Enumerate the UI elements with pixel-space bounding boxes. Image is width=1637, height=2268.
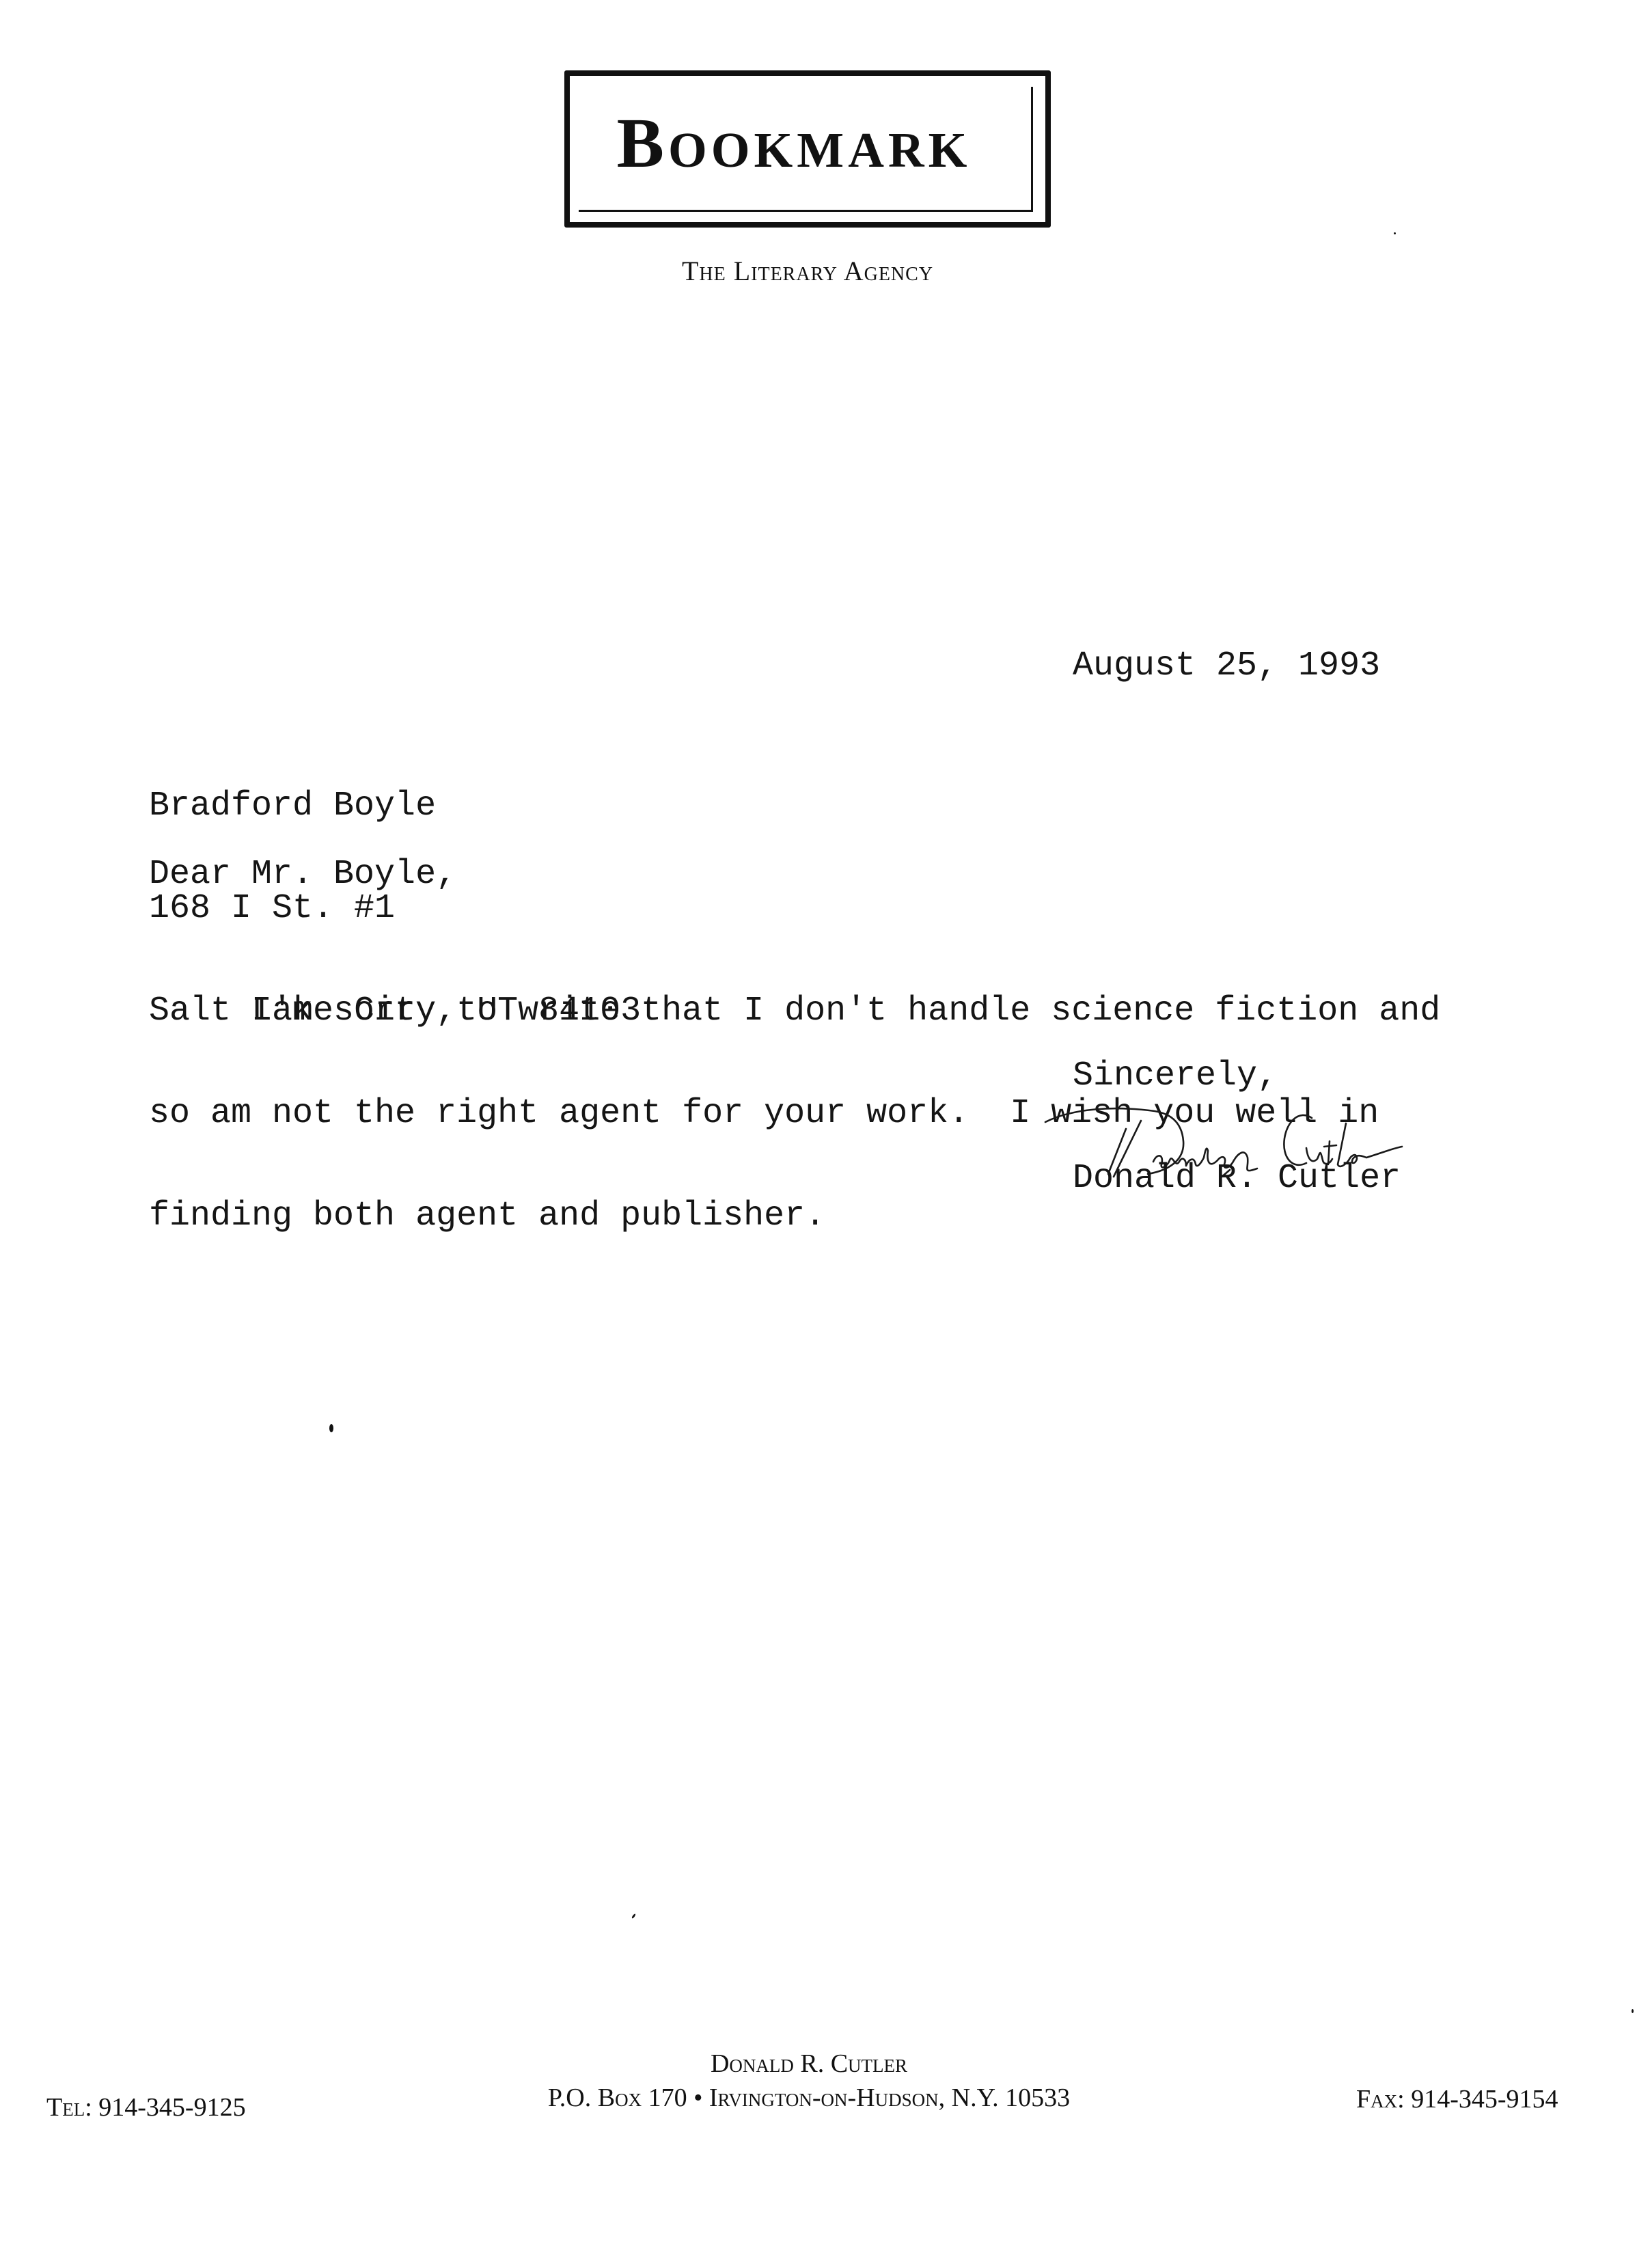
footer-address: P.O. Box 170 • Irvington-on-Hudson, N.Y.… [437, 2083, 1181, 2113]
logo-frame-inner-line [579, 210, 1033, 212]
footer-fax: Fax: 914-345-9154 [1356, 2084, 1558, 2114]
recipient-name: Bradford Boyle [149, 789, 641, 823]
closing: Sincerely, [1073, 1059, 1278, 1093]
letter-date: August 25, 1993 [1073, 649, 1380, 683]
signer-name: Donald R. Cutler [1073, 1162, 1401, 1196]
scan-speck [329, 1424, 333, 1432]
letter-page: Bookmark The Literary Agency August 25, … [0, 0, 1637, 2268]
scan-speck [1394, 232, 1396, 234]
scan-speck [631, 1913, 636, 1919]
body-line: I'm sorry to write that I don't handle s… [149, 994, 1440, 1028]
recipient-street: 168 I St. #1 [149, 892, 641, 926]
salutation: Dear Mr. Boyle, [149, 858, 456, 892]
agency-logo: Bookmark [564, 103, 1051, 185]
footer-name: Donald R. Cutler [478, 2049, 1140, 2079]
agency-tagline: The Literary Agency [564, 254, 1051, 288]
scan-speck [1632, 2009, 1634, 2013]
body-line: finding both agent and publisher. [149, 1199, 1440, 1233]
footer-telephone: Tel: 914-345-9125 [46, 2092, 246, 2122]
